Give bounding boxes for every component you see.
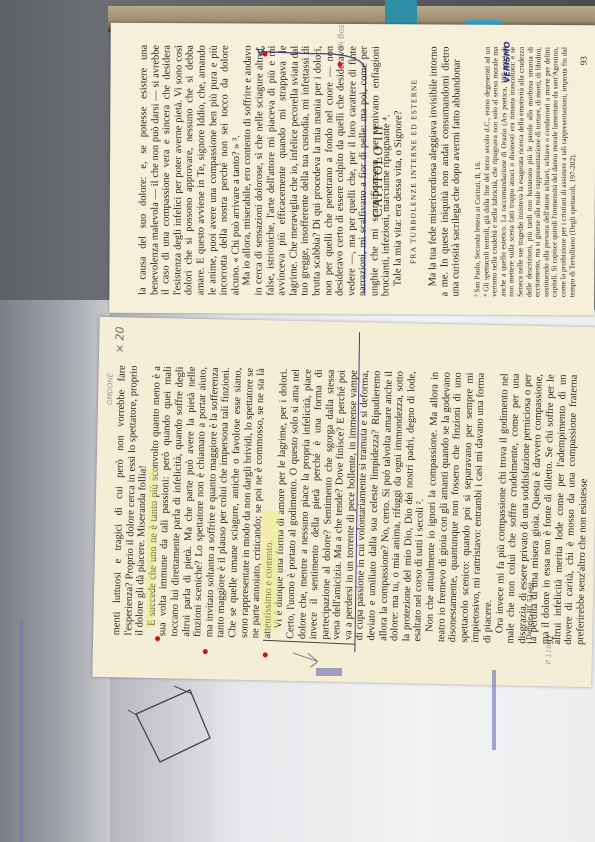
pencil-square-drawing: [120, 680, 240, 790]
pen-bracket: [109, 23, 595, 316]
red-dot: [263, 52, 268, 57]
red-dot: [155, 636, 160, 641]
red-dot: [203, 649, 208, 654]
red-dot: [263, 652, 268, 657]
pen-mark: [316, 668, 342, 676]
page-93: la causa del suo dolore: e, se potesse e…: [109, 23, 595, 316]
red-dot: [338, 62, 343, 67]
pen-line: [20, 620, 23, 842]
page-92: menti luttuosi e tragici di cui però non…: [92, 317, 595, 687]
pen-line: [492, 670, 496, 750]
pen-bracket: [92, 317, 595, 687]
